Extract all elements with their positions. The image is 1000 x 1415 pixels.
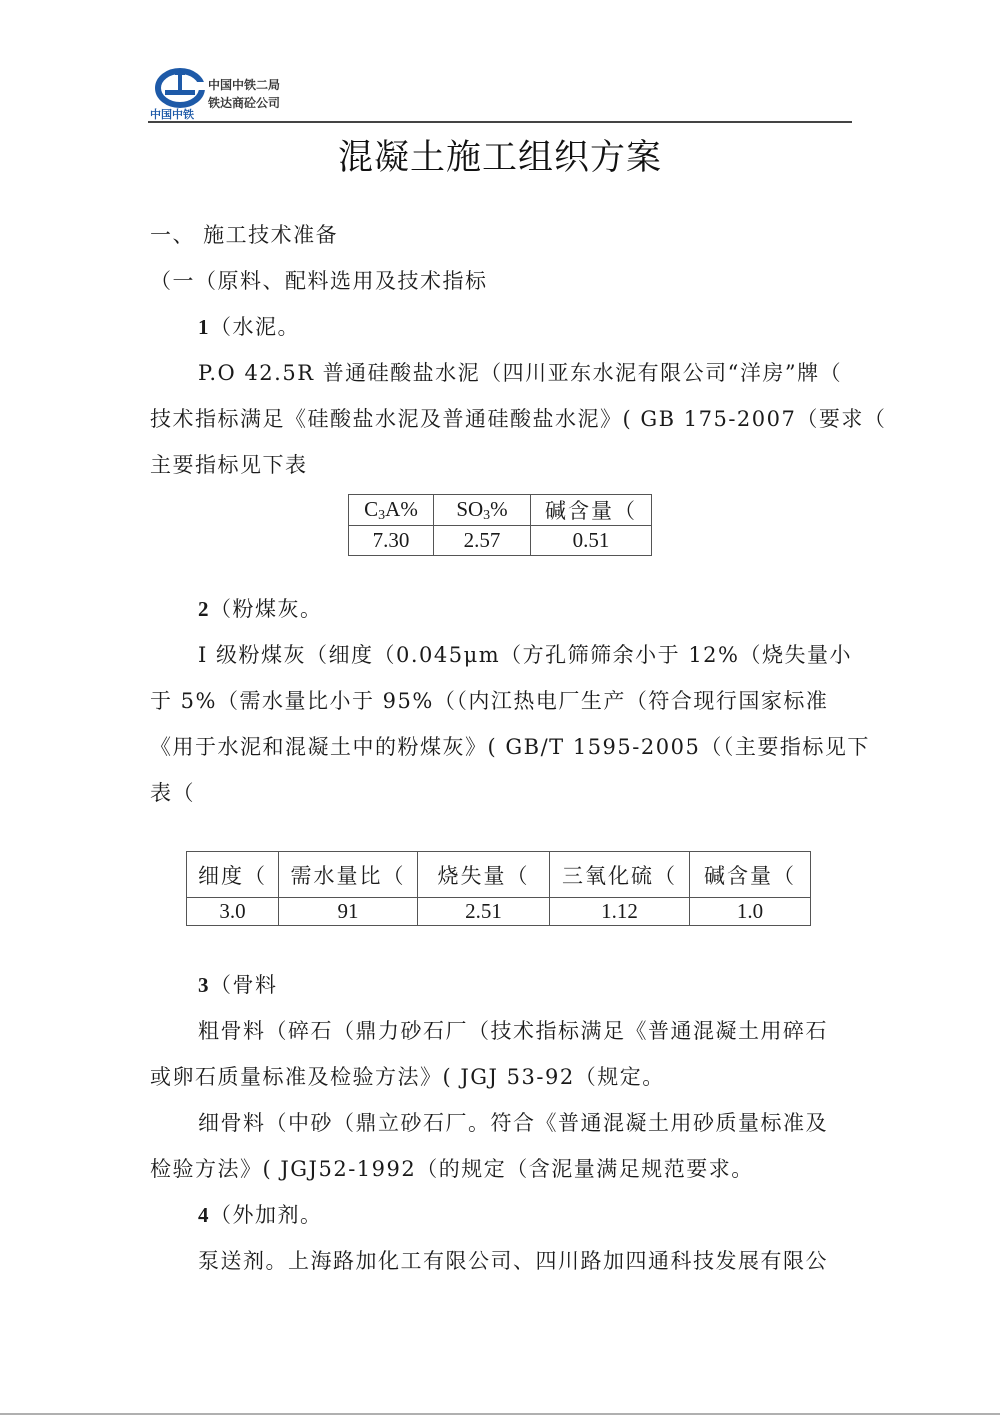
table-cell: 1.0 xyxy=(690,898,811,926)
table-cell: 1.12 xyxy=(550,898,690,926)
paragraph-line: 细骨料（中砂（鼎立砂石厂。符合《普通混凝土用砂质量标准及 xyxy=(198,1108,828,1138)
table-header-cell: 碱含量（ xyxy=(531,495,652,526)
paragraph-line: 检验方法》( JGJ52-1992（的规定（含泥量满足规范要求。 xyxy=(150,1154,754,1184)
document-page: 中国中铁 中国中铁二局 铁达商砼公司 混凝土施工组织方案 一、 施工技术准备 （… xyxy=(0,0,1000,1415)
table-header-cell: 需水量比（ xyxy=(279,852,418,898)
item-label: （骨料 xyxy=(210,973,278,997)
company-name: 中国中铁二局 铁达商砼公司 xyxy=(208,76,280,112)
item-heading-admixture: 4（外加剂。 xyxy=(198,1200,323,1230)
paragraph-line: P.O 42.5R 普通硅酸盐水泥（四川亚东水泥有限公司“洋房”牌（ xyxy=(198,358,842,388)
table-row: 3.0 91 2.51 1.12 1.0 xyxy=(187,898,811,926)
table-cell: 91 xyxy=(279,898,418,926)
paragraph-line: 《用于水泥和混凝土中的粉煤灰》( GB/T 1595-2005（（主要指标见下 xyxy=(150,732,870,762)
header-divider xyxy=(148,121,852,123)
paragraph-line: 或卵石质量标准及检验方法》( JGJ 53-92（规定。 xyxy=(150,1062,665,1092)
table-cell: 2.51 xyxy=(418,898,550,926)
item-number: 2 xyxy=(198,597,210,621)
table-header-cell: 碱含量（ xyxy=(690,852,811,898)
paragraph-line: I 级粉煤灰（细度（0.045μm（方孔筛筛余小于 12%（烧失量小 xyxy=(198,640,852,670)
table-cell: 0.51 xyxy=(531,526,652,556)
paragraph-line: 主要指标见下表 xyxy=(150,450,308,480)
china-railway-logo-icon: 中国中铁 xyxy=(149,68,211,120)
cement-indicator-table: C3A% SO3% 碱含量（ 7.30 2.57 0.51 xyxy=(348,494,652,556)
item-label: （水泥。 xyxy=(210,315,300,339)
table-header-cell: 烧失量（ xyxy=(418,852,550,898)
document-title: 混凝土施工组织方案 xyxy=(0,134,1000,182)
table-header-row: 细度（ 需水量比（ 烧失量（ 三氧化硫（ 碱含量（ xyxy=(187,852,811,898)
flyash-indicator-table: 细度（ 需水量比（ 烧失量（ 三氧化硫（ 碱含量（ 3.0 91 2.51 1.… xyxy=(186,851,811,926)
paragraph-line: 技术指标满足《硅酸盐水泥及普通硅酸盐水泥》( GB 175-2007（要求（ xyxy=(150,404,886,434)
item-heading-flyash: 2（粉煤灰。 xyxy=(198,594,323,624)
table-cell: 3.0 xyxy=(187,898,279,926)
subsection-heading-1: （一（原料、配料选用及技术指标 xyxy=(150,266,488,296)
item-number: 3 xyxy=(198,973,210,997)
table-header-cell: C3A% xyxy=(349,495,434,526)
item-label: （粉煤灰。 xyxy=(210,597,323,621)
item-label: （外加剂。 xyxy=(210,1203,323,1227)
paragraph-line: 于 5%（需水量比小于 95%（（内江热电厂生产（符合现行国家标准 xyxy=(150,686,828,716)
item-heading-cement: 1（水泥。 xyxy=(198,312,300,342)
section-heading-1: 一、 施工技术准备 xyxy=(150,220,338,250)
paragraph-line: 表（ xyxy=(150,778,195,808)
table-row: 7.30 2.57 0.51 xyxy=(349,526,652,556)
table-header-cell: 细度（ xyxy=(187,852,279,898)
table-cell: 2.57 xyxy=(434,526,531,556)
table-cell: 7.30 xyxy=(349,526,434,556)
company-name-line1: 中国中铁二局 xyxy=(208,76,280,94)
table-header-cell: 三氧化硫（ xyxy=(550,852,690,898)
table-header-cell: SO3% xyxy=(434,495,531,526)
item-heading-aggregate: 3（骨料 xyxy=(198,970,278,1000)
item-number: 1 xyxy=(198,315,210,339)
paragraph-line: 泵送剂。上海路加化工有限公司、四川路加四通科技发展有限公 xyxy=(198,1246,828,1276)
table-header-row: C3A% SO3% 碱含量（ xyxy=(349,495,652,526)
company-name-line2: 铁达商砼公司 xyxy=(208,94,280,112)
paragraph-line: 粗骨料（碎石（鼎力砂石厂（技术指标满足《普通混凝土用碎石 xyxy=(198,1016,828,1046)
svg-text:中国中铁: 中国中铁 xyxy=(150,107,194,120)
item-number: 4 xyxy=(198,1203,210,1227)
